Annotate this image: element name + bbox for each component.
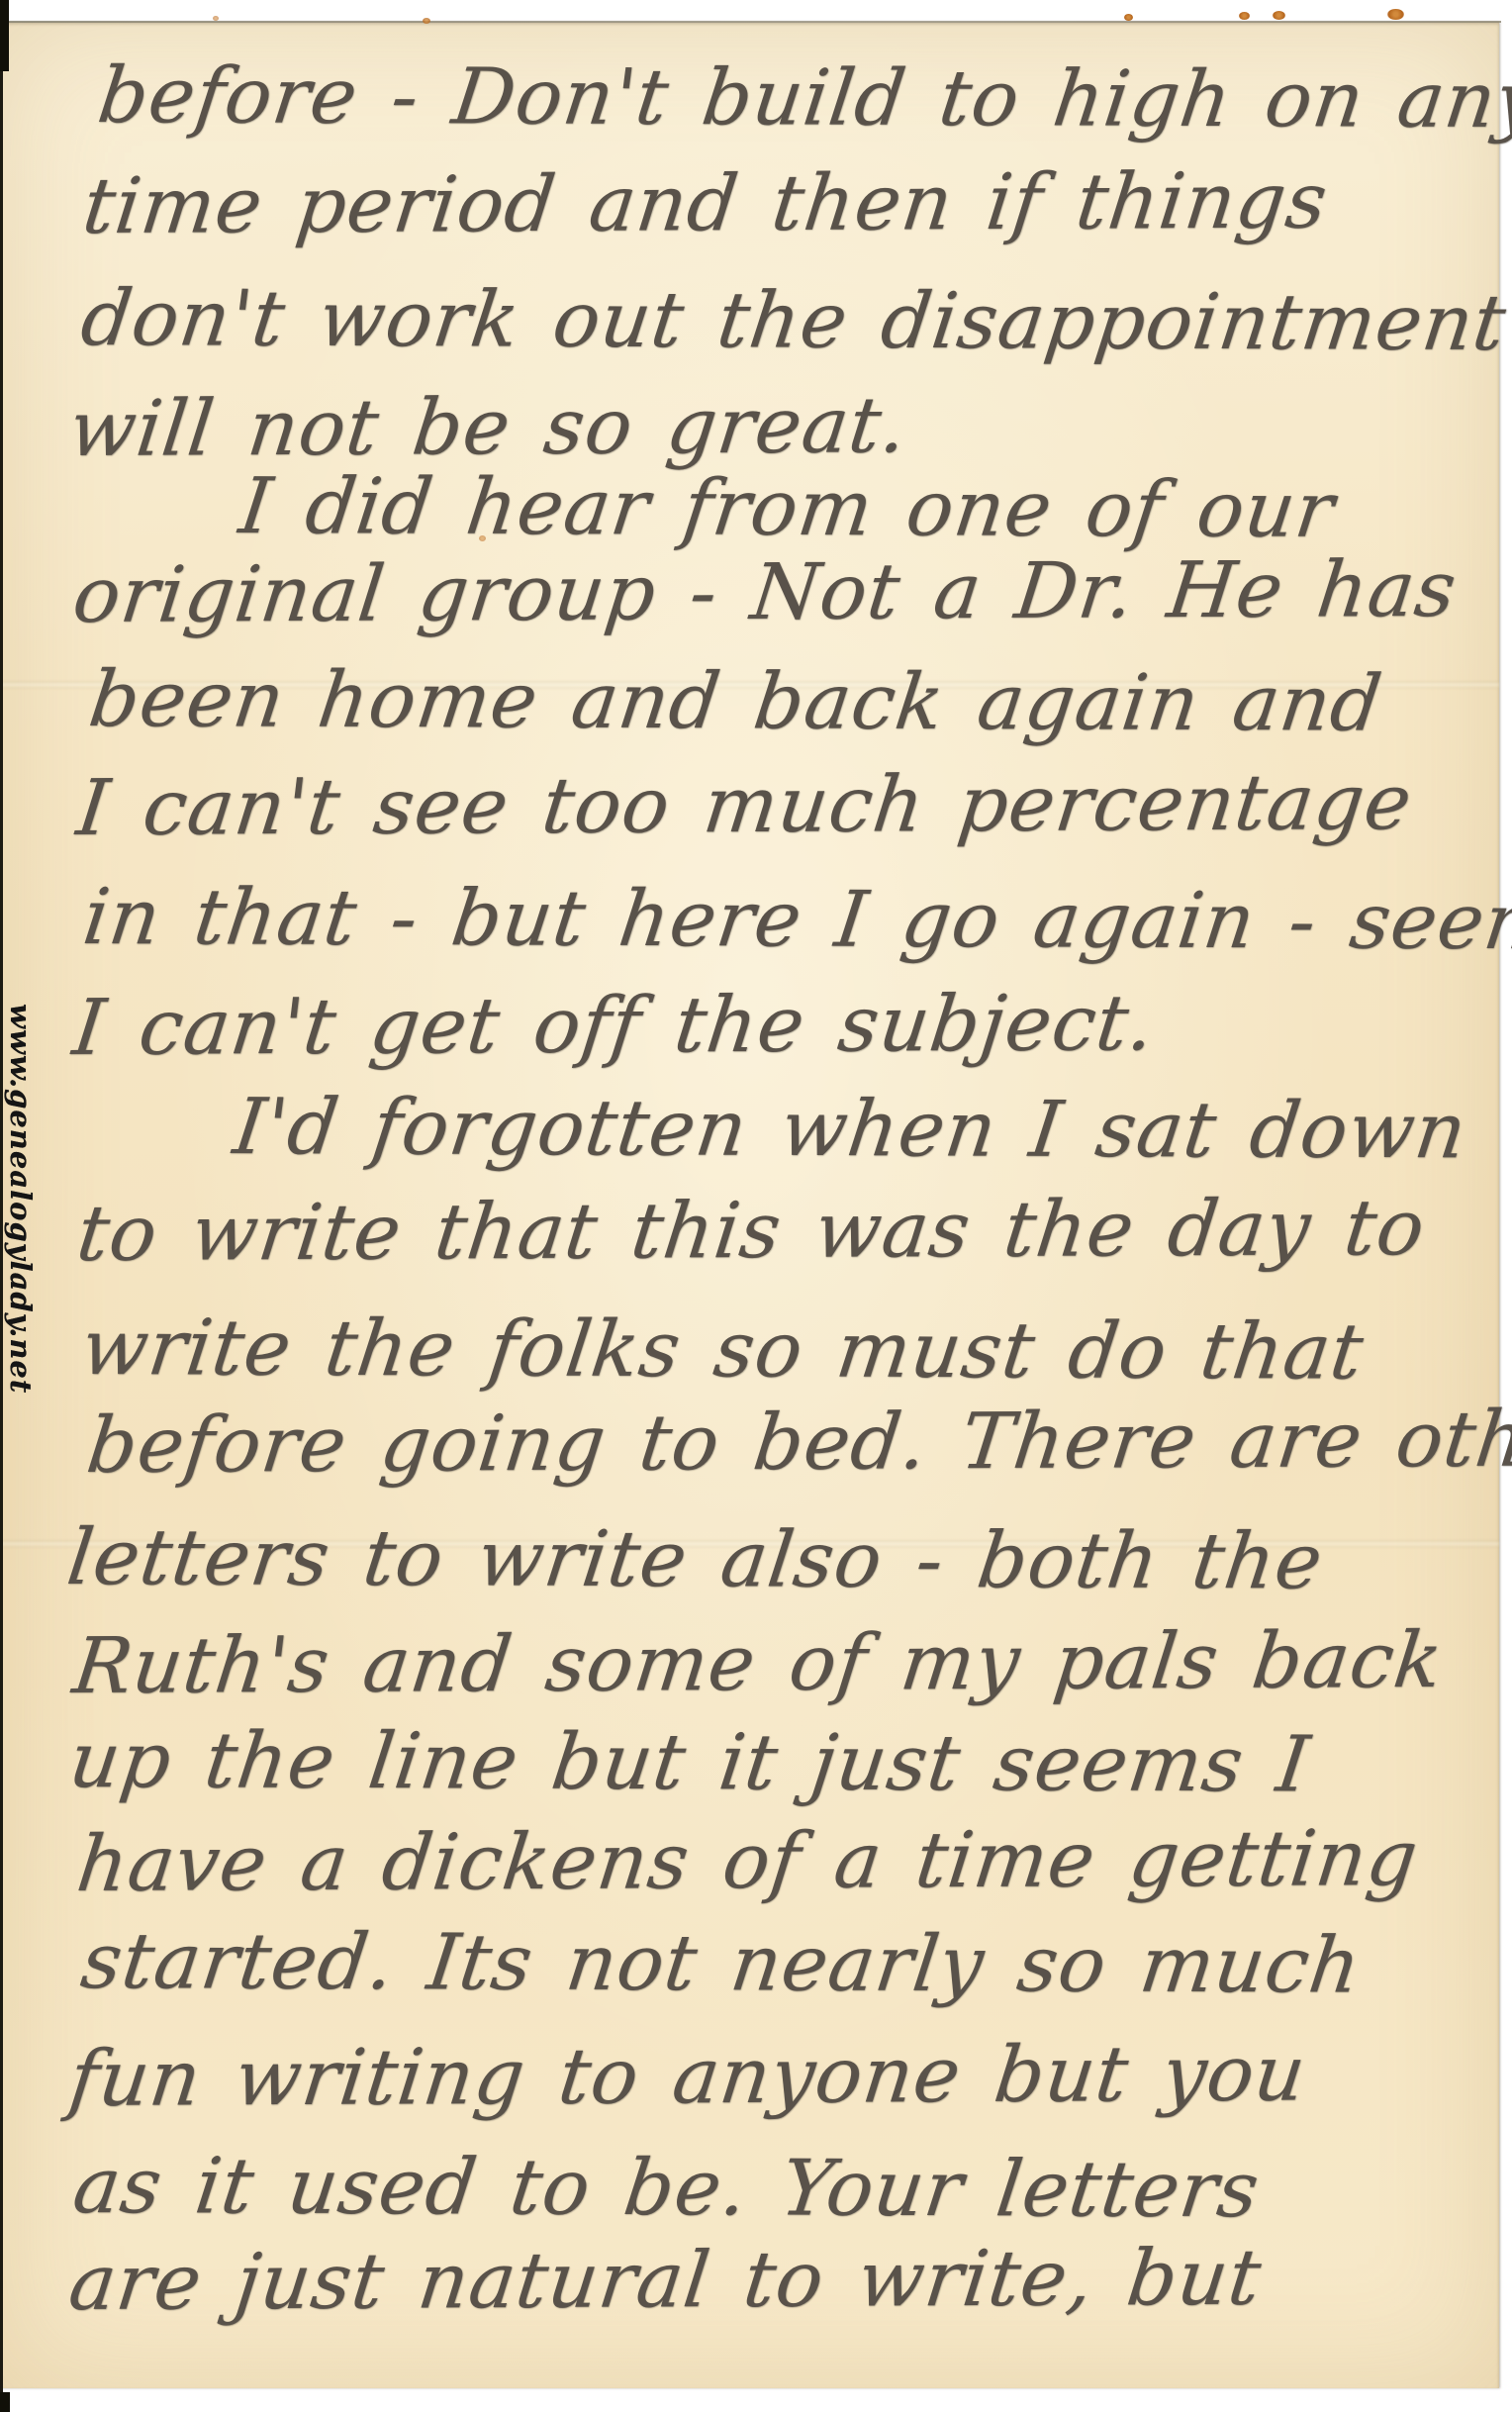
handwritten-line: time period and then if things xyxy=(79,163,1332,245)
handwritten-line: started. Its not nearly so much xyxy=(77,1923,1366,2005)
handwritten-line: I'd forgotten when I sat down xyxy=(230,1089,1471,1170)
handwritten-line: I did hear from one of our xyxy=(236,468,1339,549)
handwritten-line: in that - but here I go again - seems xyxy=(79,879,1512,961)
handwriting-block: before - Don't build to high on any time… xyxy=(0,0,1512,2412)
handwritten-line: will not be so great. xyxy=(65,387,911,468)
handwritten-line: original group - Not a Dr. He has xyxy=(69,551,1461,634)
handwritten-line: to write that this was the day to xyxy=(73,1190,1429,1273)
handwritten-line: before - Don't build to high on any xyxy=(94,57,1512,140)
handwritten-line: write the folks so must do that xyxy=(77,1309,1368,1392)
handwritten-line: letters to write also - both the xyxy=(63,1519,1327,1600)
handwritten-line: I can't get off the subject. xyxy=(69,985,1159,1067)
handwritten-line: I can't see too much percentage xyxy=(73,764,1416,847)
handwritten-line: Ruth's and some of my pals back xyxy=(69,1622,1447,1705)
handwritten-line: been home and back again and xyxy=(85,661,1386,743)
handwritten-line: have a dickens of a time getting xyxy=(73,1820,1422,1903)
handwritten-line: are just natural to write, but xyxy=(65,2240,1266,2322)
handwritten-line: before going to bed. There are other xyxy=(83,1400,1512,1485)
handwritten-line: as it used to be. Your letters xyxy=(69,2148,1264,2229)
handwritten-line: up the line but it just seems I xyxy=(65,1722,1314,1803)
handwritten-line: don't work out the disappointment xyxy=(77,280,1510,362)
handwritten-line: fun writing to anyone but you xyxy=(65,2036,1310,2118)
